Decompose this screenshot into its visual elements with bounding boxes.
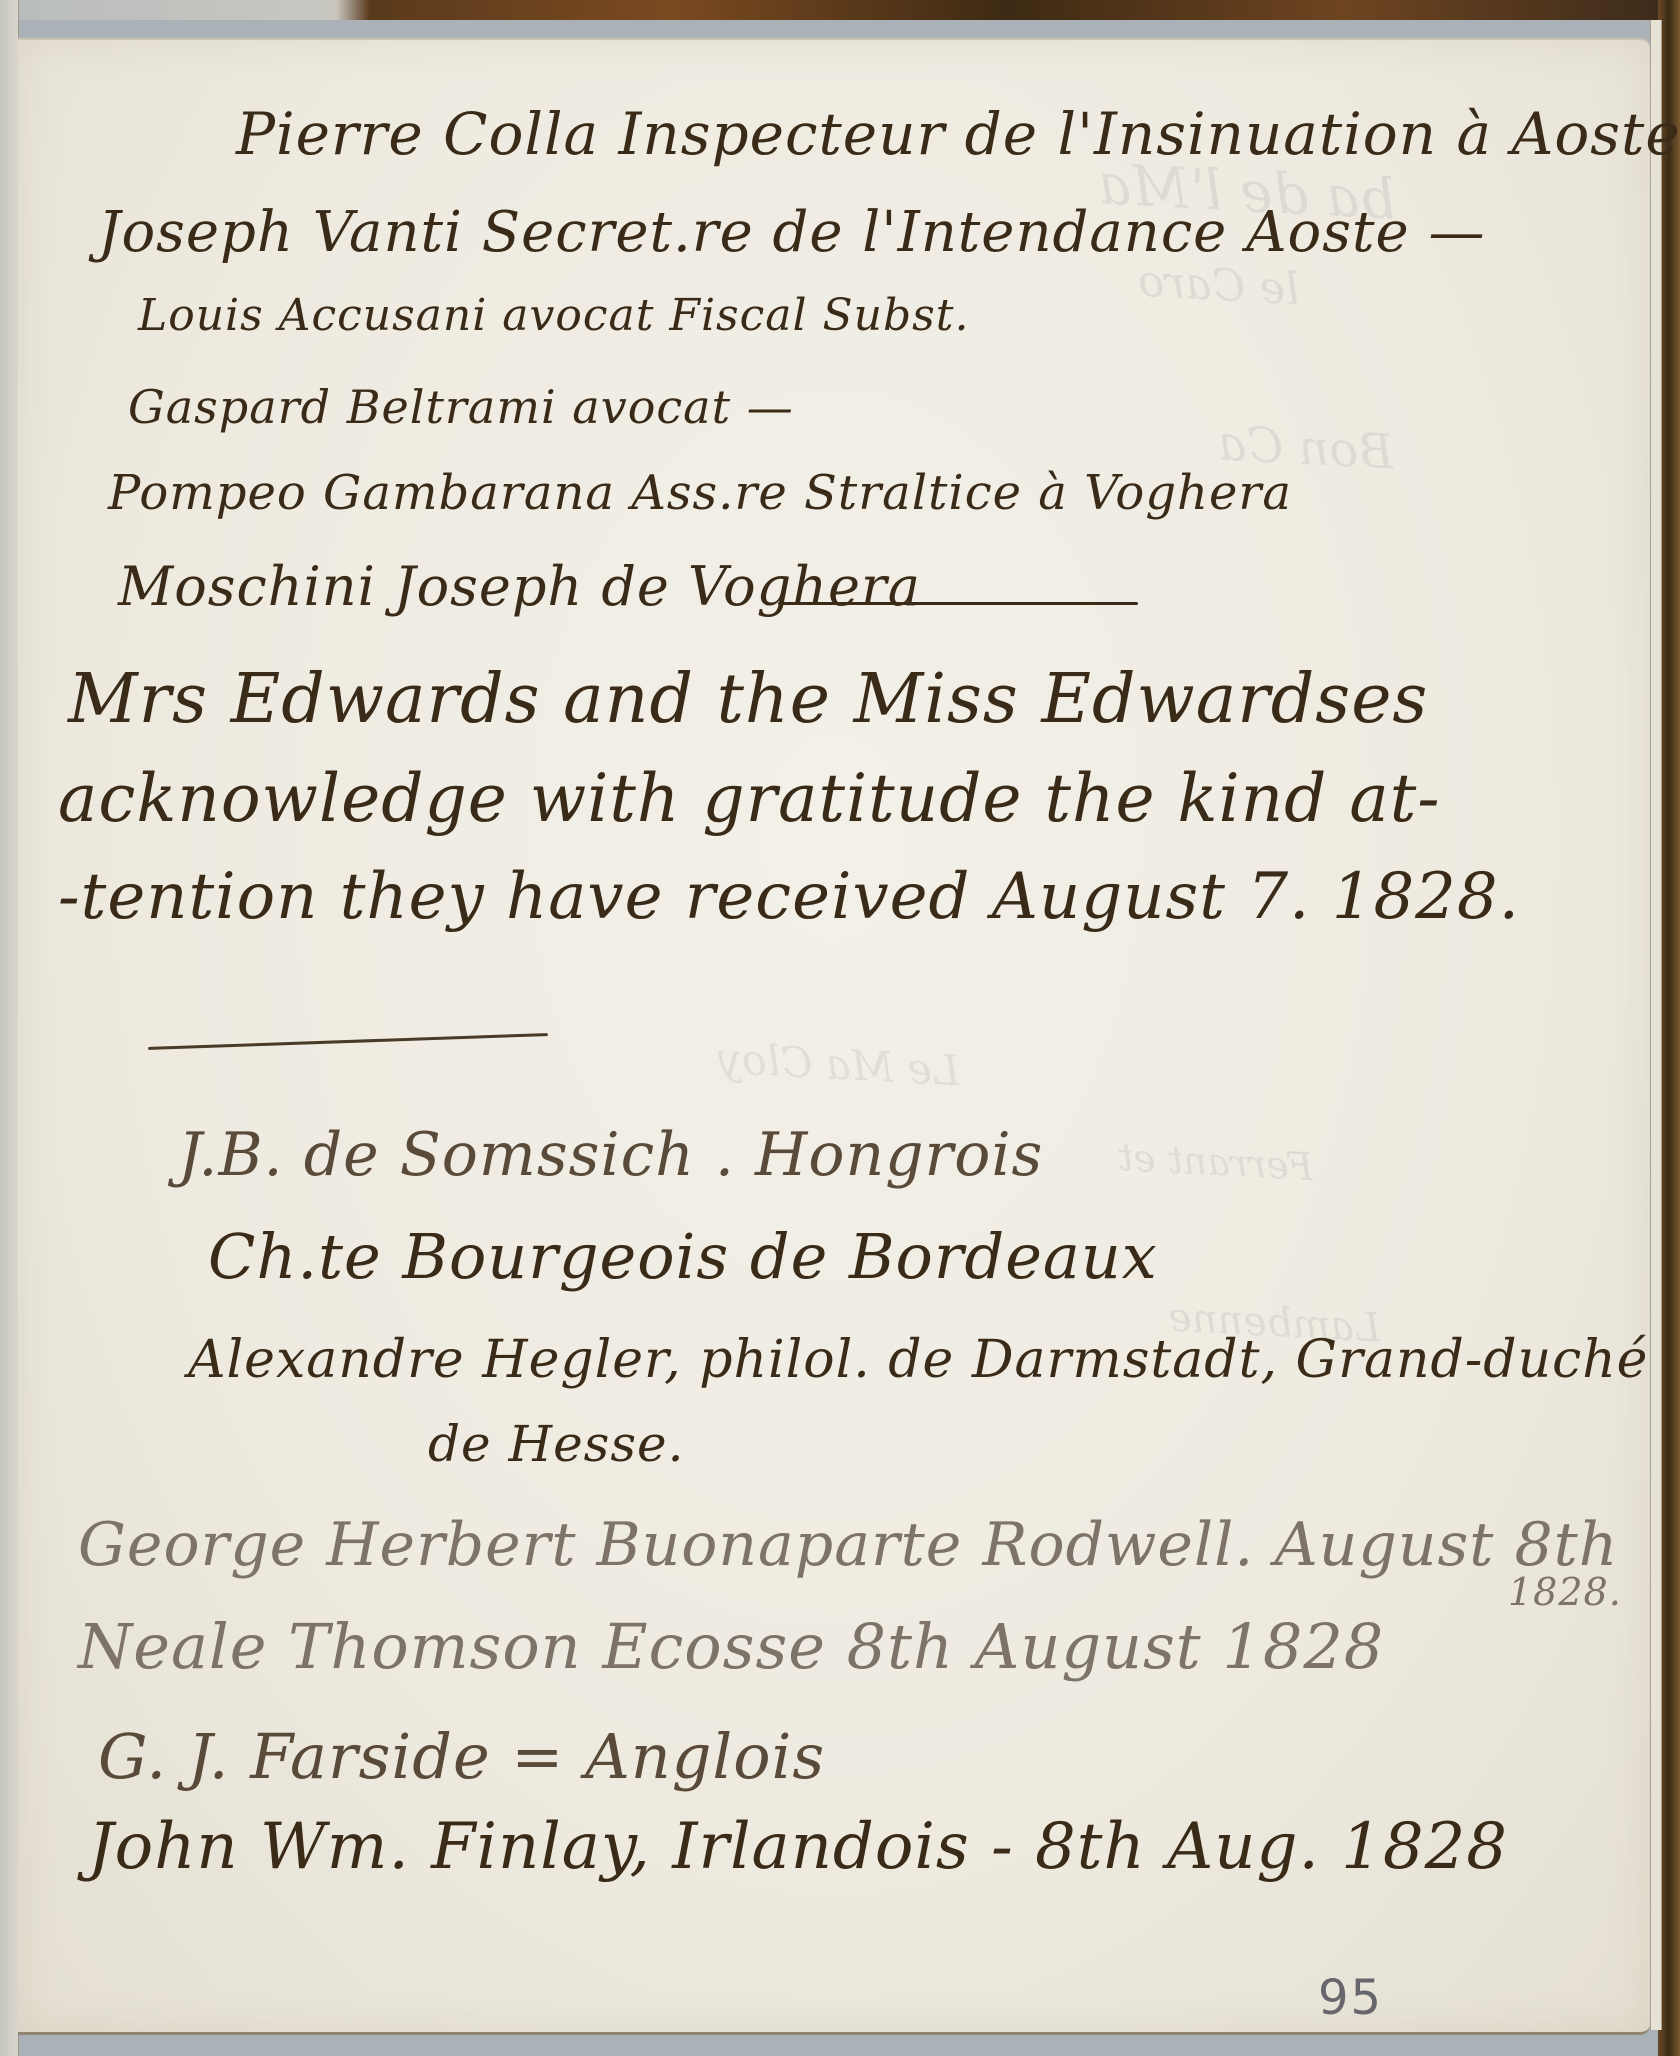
book-spine-left — [0, 0, 19, 2056]
entry-e10-line1: Alexandre Hegler, philol. de Darmstadt, … — [188, 1330, 1648, 1390]
entry-e7-line2: acknowledge with gratitude the kind at- — [58, 760, 1441, 837]
underline-flourish — [778, 602, 1138, 605]
entry-e12: Neale Thomson Ecosse 8th August 1828 — [78, 1610, 1384, 1683]
entry-e11-date: 1828. — [1508, 1570, 1622, 1614]
page-edges-right — [1650, 20, 1662, 2030]
entry-e8: J.B. de Somssich . Hongrois — [178, 1120, 1043, 1190]
book-cover-top-edge — [0, 0, 1680, 20]
separator-line — [148, 1033, 548, 1050]
entry-e11: George Herbert Buonaparte Rodwell. Augus… — [78, 1510, 1618, 1580]
register-page: ba de l'Ma le Caro Bon Ca Le Ma Cloy Fer… — [18, 38, 1650, 2035]
entry-e14: John Wm. Finlay, Irlandois - 8th Aug. 18… — [88, 1810, 1508, 1884]
entry-e9: Ch.te Bourgeois de Bordeaux — [208, 1220, 1158, 1293]
entry-e4: Gaspard Beltrami avocat — — [128, 380, 794, 434]
entry-e5: Pompeo Gambarana Ass.re Straltice à Vogh… — [108, 465, 1292, 521]
entry-e7-line3: -tention they have received August 7. 18… — [58, 860, 1520, 934]
entry-e13: G. J. Farside = Anglois — [98, 1720, 825, 1793]
entry-e7-line1: Mrs Edwards and the Miss Edwardses — [68, 660, 1428, 739]
bleed-through-text: Le Ma Cloy — [717, 1034, 961, 1096]
entry-e2: Joseph Vanti Secret.re de l'Intendance A… — [98, 200, 1485, 265]
bleed-through-text: Ferrant et — [1117, 1135, 1314, 1189]
entry-e6: Moschini Joseph de Voghera — [118, 555, 921, 618]
entry-e10-line2: de Hesse. — [428, 1415, 685, 1473]
entry-e1: Pierre Colla Inspecteur de l'Insinuation… — [236, 100, 1680, 168]
page-number: 95 — [1318, 1970, 1383, 2026]
entry-e3: Louis Accusani avocat Fiscal Subst. — [138, 290, 969, 341]
